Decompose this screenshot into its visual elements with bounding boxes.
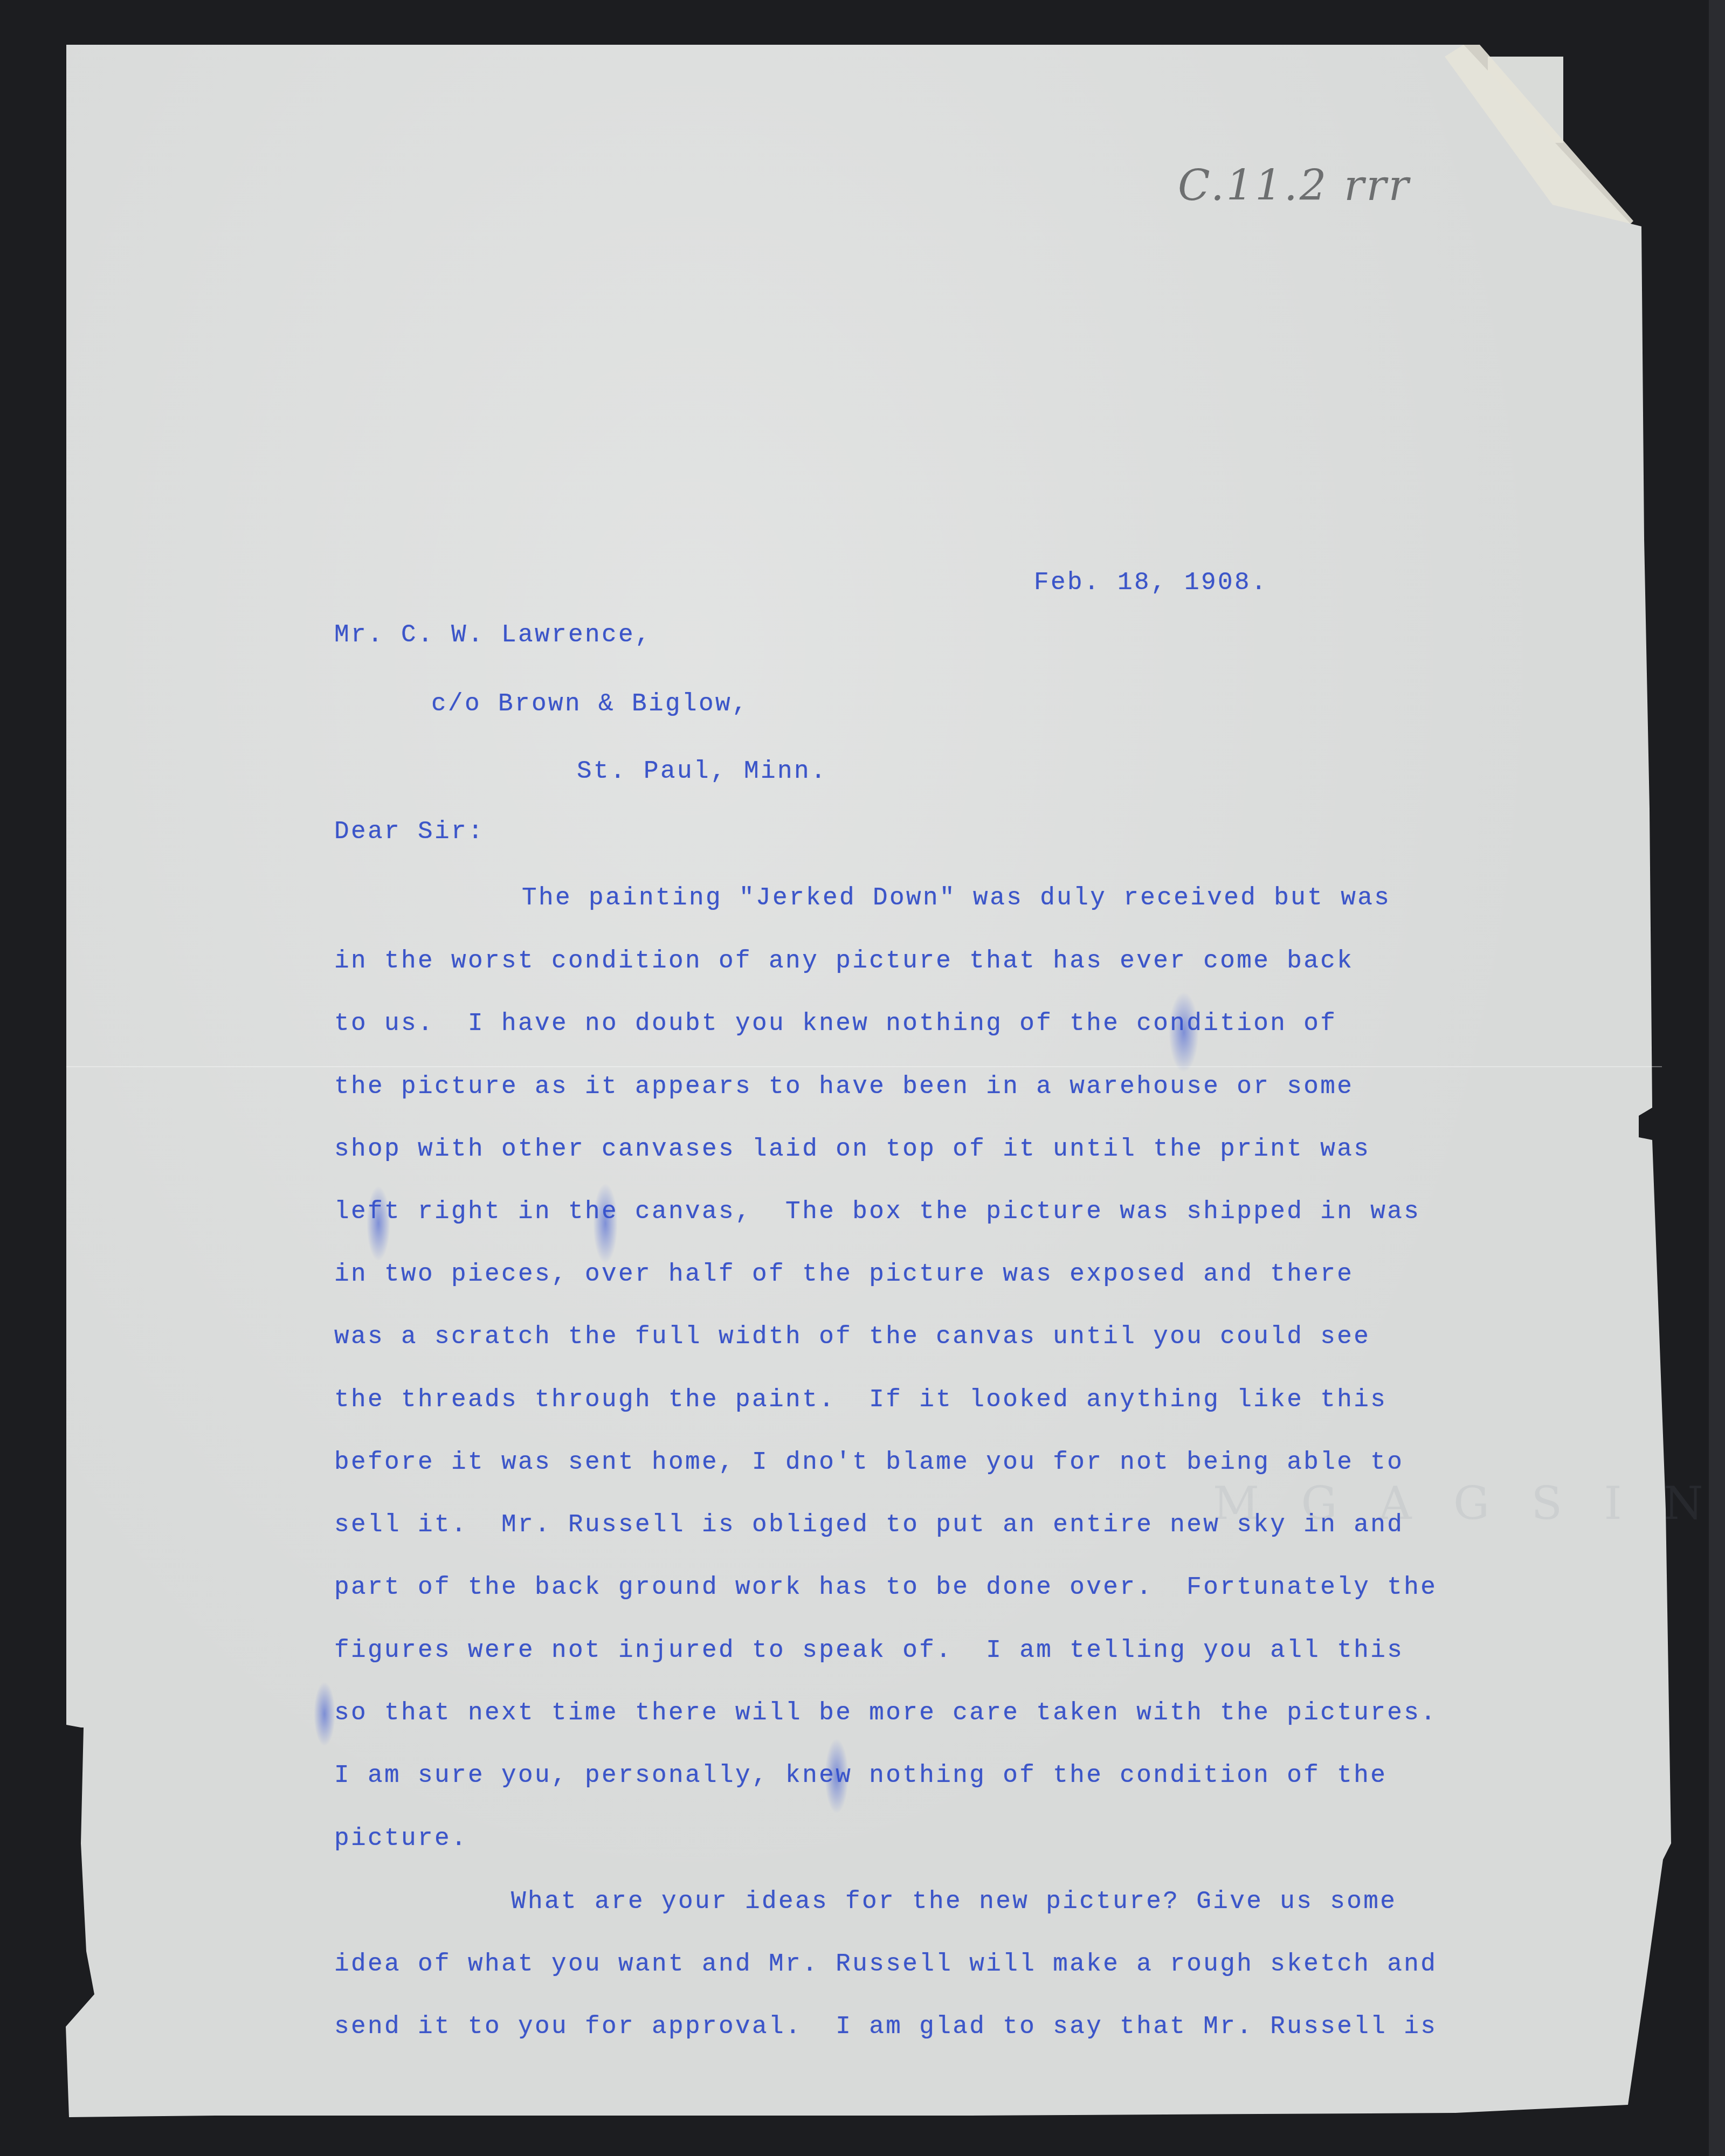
- body-line: before it was sent home, I dno't blame y…: [334, 1450, 1404, 1475]
- letter-sheet: C.11.2 rrr M G A G S I N I Feb. 18, 1908…: [0, 0, 1725, 2156]
- body-line: sell it. Mr. Russell is obliged to put a…: [334, 1512, 1404, 1537]
- salutation: Dear Sir:: [334, 819, 485, 844]
- paper-crease: [66, 1066, 1662, 1067]
- recipient-city: St. Paul, Minn.: [577, 759, 827, 784]
- body-line: The painting "Jerked Down" was duly rece…: [522, 886, 1391, 910]
- body-line: so that next time there will be more car…: [334, 1701, 1437, 1725]
- body-line: was a scratch the full width of the canv…: [334, 1324, 1370, 1349]
- body-line: I am sure you, personally, knew nothing …: [334, 1763, 1387, 1788]
- body-line: figures were not injured to speak of. I …: [334, 1638, 1404, 1663]
- recipient-care-of: c/o Brown & Biglow,: [431, 692, 749, 716]
- body-line: in the worst condition of any picture th…: [334, 949, 1354, 973]
- letter-date: Feb. 18, 1908.: [1034, 570, 1268, 595]
- body-line: the threads through the paint. If it loo…: [334, 1387, 1387, 1412]
- ink-smudge: [825, 1738, 848, 1814]
- archive-mark: C.11.2 rrr: [1178, 162, 1411, 210]
- body-line: the picture as it appears to have been i…: [334, 1074, 1354, 1099]
- body-line: picture.: [334, 1826, 468, 1851]
- ink-smudge: [593, 1183, 618, 1264]
- ink-smudge: [367, 1186, 390, 1261]
- body-line: What are your ideas for the new picture?…: [511, 1889, 1397, 1914]
- body-line: shop with other canvases laid on top of …: [334, 1137, 1370, 1162]
- body-line: send it to you for approval. I am glad t…: [334, 2014, 1437, 2039]
- body-line: in two pieces, over half of the picture …: [334, 1262, 1354, 1287]
- body-line: idea of what you want and Mr. Russell wi…: [334, 1952, 1437, 1977]
- ink-smudge: [314, 1682, 335, 1746]
- recipient-name: Mr. C. W. Lawrence,: [334, 623, 652, 647]
- body-line: left right in the canvas, The box the pi…: [334, 1199, 1420, 1224]
- body-line: part of the back ground work has to be d…: [334, 1575, 1437, 1600]
- ink-smudge: [1169, 992, 1199, 1073]
